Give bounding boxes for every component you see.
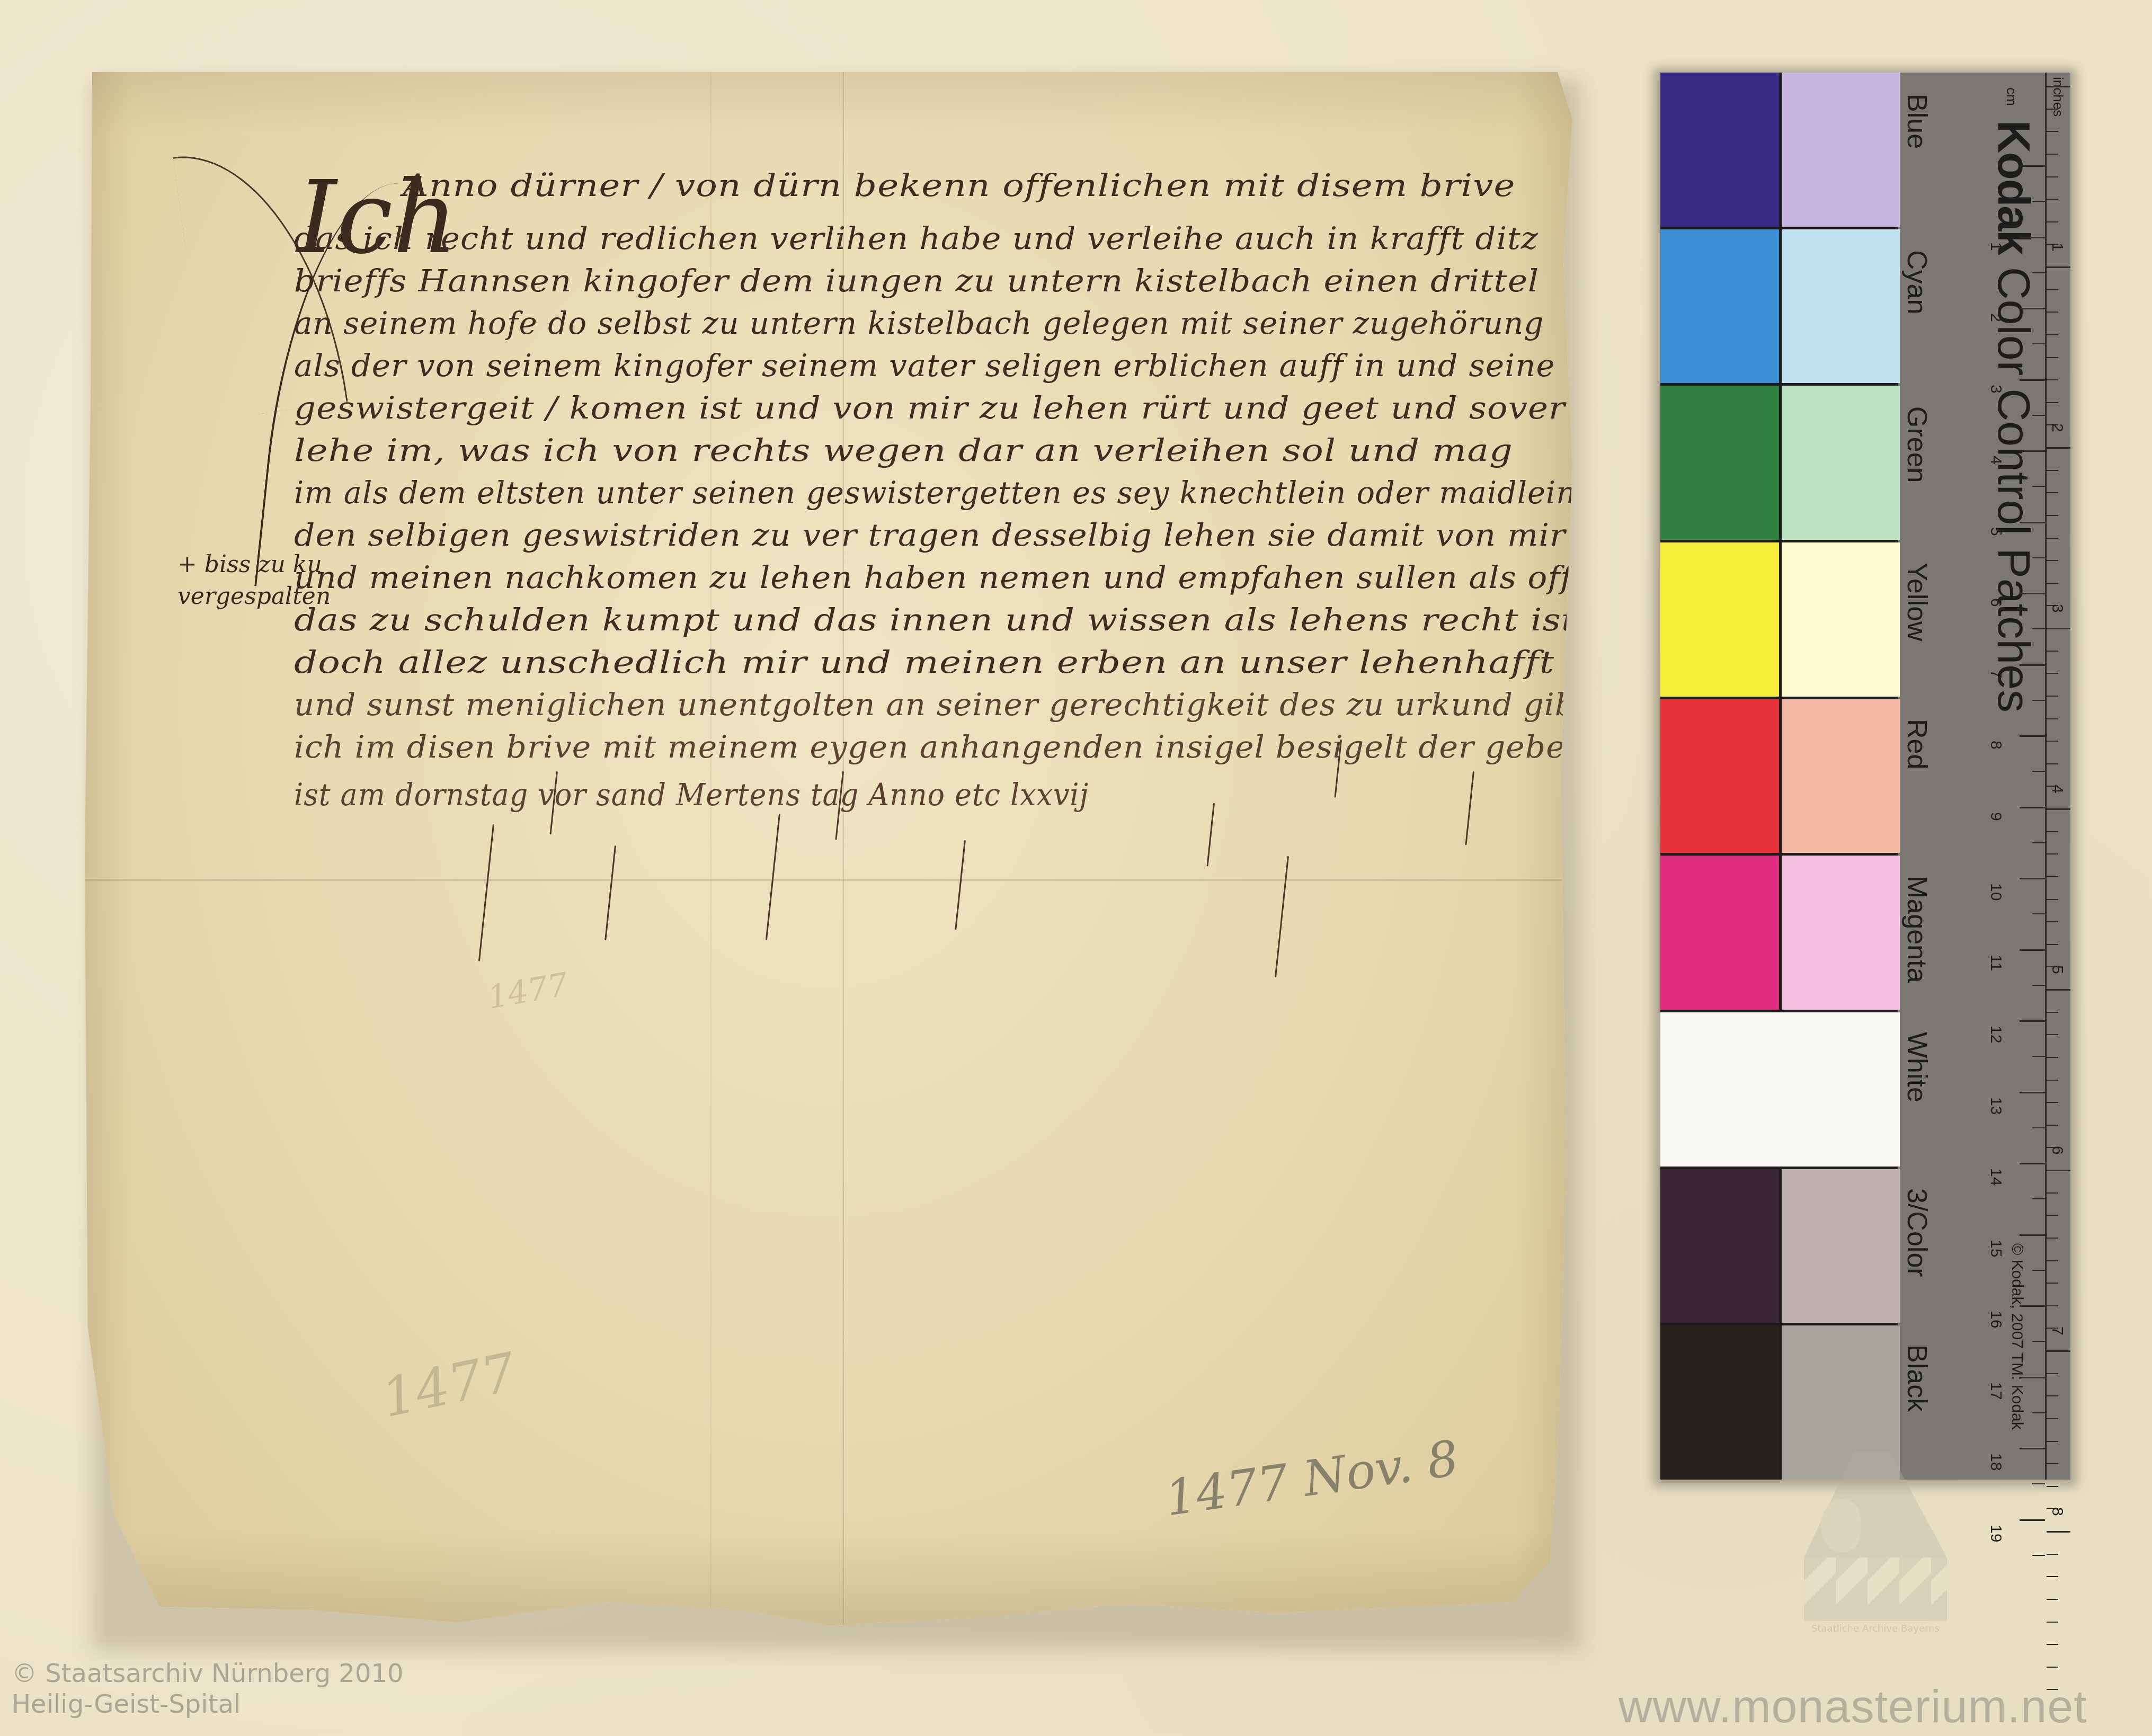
patch-label: Magenta xyxy=(1903,876,1931,983)
patch-black-dark xyxy=(1660,1325,1779,1480)
manuscript-line: geswistergeit / komen ist und von mir zu… xyxy=(294,390,1566,426)
eighth-inch-tick xyxy=(2047,1554,2058,1555)
inch-number: 7 xyxy=(2048,1327,2066,1336)
cm-number: 1 xyxy=(1987,242,2005,251)
eighth-inch-tick xyxy=(2047,944,2058,945)
eighth-inch-tick xyxy=(2047,289,2058,290)
eighth-inch-tick xyxy=(2047,1667,2058,1668)
inch-number: 5 xyxy=(2048,965,2066,974)
patch-green-light xyxy=(1782,386,1900,540)
cm-tick xyxy=(2020,1519,2045,1521)
patch-cyan-light xyxy=(1782,229,1900,384)
manuscript-line: den selbigen geswistriden zu ver tragen … xyxy=(294,517,1566,553)
half-cm-tick xyxy=(2032,1056,2045,1057)
half-cm-tick xyxy=(2032,1483,2045,1484)
half-cm-tick xyxy=(2032,201,2045,202)
manuscript-line: an seinem hofe do selbst zu untern kiste… xyxy=(294,305,1544,341)
ruler: cm inches 123456789101112131415161718191… xyxy=(1998,73,2070,1480)
inch-number: 6 xyxy=(2048,1146,2066,1155)
half-cm-tick xyxy=(2032,272,2045,273)
logo-diamond-pattern xyxy=(1804,1557,1947,1621)
pencil-date-annotation: 1477 Nov. 8 xyxy=(1162,1430,1462,1527)
patch-red-light xyxy=(1782,699,1900,853)
eighth-inch-tick xyxy=(2047,1238,2058,1239)
eighth-inch-tick xyxy=(2047,379,2058,380)
patch-3-color-dark xyxy=(1660,1169,1779,1323)
eighth-inch-tick xyxy=(2047,1057,2058,1058)
pen-stroke xyxy=(478,824,494,962)
eighth-inch-tick xyxy=(2047,763,2058,764)
eighth-inch-tick xyxy=(2047,402,2058,403)
cm-number: 14 xyxy=(1987,1168,2005,1186)
manuscript-line: das zu schulden kumpt und das innen und … xyxy=(294,602,1576,638)
eighth-inch-tick xyxy=(2047,1599,2058,1600)
inch-tick xyxy=(2047,1531,2070,1533)
manuscript-line: im als dem eltsten unter seinen geswiste… xyxy=(294,475,1576,511)
half-cm-tick xyxy=(2032,1270,2045,1271)
half-cm-tick xyxy=(2032,486,2045,487)
cm-tick xyxy=(2020,1020,2045,1022)
manuscript-line: doch allez unschedlich mir und meinen er… xyxy=(294,644,1554,680)
bleed-through-mark: 1477 xyxy=(485,966,571,1016)
eighth-inch-tick xyxy=(2047,1418,2058,1419)
inch-unit-label: inches xyxy=(2050,77,2066,117)
cm-number: 6 xyxy=(1987,598,2005,607)
half-cm-tick xyxy=(2032,985,2045,986)
eighth-inch-tick xyxy=(2047,109,2058,110)
patch-label: Blue xyxy=(1903,94,1931,149)
cm-tick xyxy=(2020,1448,2045,1449)
inch-number: 4 xyxy=(2048,785,2066,794)
pen-stroke xyxy=(955,840,966,930)
cm-tick xyxy=(2020,308,2045,309)
manuscript-line: und meinen nachkomen zu lehen haben neme… xyxy=(294,559,1586,595)
ruler-axis xyxy=(2045,73,2047,1480)
pen-stroke xyxy=(604,845,616,940)
eighth-inch-tick xyxy=(2047,899,2058,900)
eighth-inch-tick xyxy=(2047,1644,2058,1645)
half-cm-tick xyxy=(2032,1198,2045,1199)
cm-tick xyxy=(2020,1305,2045,1307)
manuscript-line: das ich recht und redlichen verlihen hab… xyxy=(294,220,1539,256)
inch-tick xyxy=(2047,1170,2070,1171)
half-cm-tick xyxy=(2032,913,2045,914)
pen-stroke xyxy=(1206,803,1215,867)
eighth-inch-tick xyxy=(2047,176,2058,177)
patch-3-color-light xyxy=(1782,1169,1900,1323)
patch-blue-light xyxy=(1782,73,1900,227)
fonds-line: Heilig-Geist-Spital xyxy=(12,1689,404,1720)
eighth-inch-tick xyxy=(2047,1034,2058,1035)
manuscript-line: Anno dürner / von dürn bekenn offenliche… xyxy=(403,167,1515,203)
cm-number: 8 xyxy=(1987,741,2005,750)
eighth-inch-tick xyxy=(2047,718,2058,719)
patch-blue-dark xyxy=(1660,73,1779,227)
eighth-inch-tick xyxy=(2047,876,2058,877)
eighth-inch-tick xyxy=(2047,1080,2058,1081)
cm-tick xyxy=(2020,593,2045,594)
eighth-inch-tick xyxy=(2047,741,2058,742)
half-cm-tick xyxy=(2032,842,2045,843)
manuscript-line: ich im disen brive mit meinem eygen anha… xyxy=(294,729,1586,765)
eighth-inch-tick xyxy=(2047,1305,2058,1306)
site-watermark[interactable]: www.monasterium.net xyxy=(1619,1679,2087,1733)
eighth-inch-tick xyxy=(2047,1622,2058,1623)
eighth-inch-tick xyxy=(2047,334,2058,335)
eighth-inch-tick xyxy=(2047,651,2058,652)
half-cm-tick xyxy=(2032,557,2045,558)
margin-annotation: + biss zu ku vergespalten xyxy=(177,549,331,612)
eighth-inch-tick xyxy=(2047,1215,2058,1216)
eighth-inch-tick xyxy=(2047,538,2058,539)
patch-yellow-dark xyxy=(1660,542,1779,697)
eighth-inch-tick xyxy=(2047,1012,2058,1013)
cm-unit-label: cm xyxy=(2003,87,2020,106)
cm-tick xyxy=(2020,878,2045,879)
eighth-inch-tick xyxy=(2047,560,2058,561)
eighth-inch-tick xyxy=(2047,492,2058,493)
half-cm-tick xyxy=(2032,1412,2045,1413)
logo-caption: Staatliche Archive Bayerns xyxy=(1809,1624,1942,1634)
half-cm-tick xyxy=(2032,628,2045,629)
eighth-inch-tick xyxy=(2047,221,2058,222)
color-patches-grid xyxy=(1660,73,1898,1480)
cm-tick xyxy=(2020,949,2045,951)
patch-green-dark xyxy=(1660,386,1779,540)
cm-tick xyxy=(2020,450,2045,452)
cm-tick xyxy=(2020,379,2045,381)
inch-number: 1 xyxy=(2048,243,2066,252)
patch-white xyxy=(1660,1012,1900,1167)
inch-tick xyxy=(2047,447,2070,449)
eighth-inch-tick xyxy=(2047,311,2058,313)
cm-tick xyxy=(2020,1163,2045,1164)
patch-label: White xyxy=(1903,1032,1931,1102)
inch-tick xyxy=(2047,989,2070,991)
eighth-inch-tick xyxy=(2047,1395,2058,1396)
inch-tick xyxy=(2047,266,2070,268)
cm-number: 11 xyxy=(1987,955,2005,971)
half-cm-tick xyxy=(2032,343,2045,344)
cm-number: 9 xyxy=(1987,812,2005,821)
patch-red-dark xyxy=(1660,699,1779,853)
cm-number: 10 xyxy=(1987,883,2005,901)
eighth-inch-tick xyxy=(2047,1441,2058,1442)
cm-number: 17 xyxy=(1987,1382,2005,1400)
cm-number: 5 xyxy=(1987,527,2005,536)
cm-number: 2 xyxy=(1987,313,2005,322)
cm-tick xyxy=(2020,735,2045,737)
cm-number: 12 xyxy=(1987,1026,2005,1043)
half-cm-tick xyxy=(2032,771,2045,772)
half-cm-tick xyxy=(2032,1341,2045,1342)
patch-label: Yellow xyxy=(1903,563,1931,641)
cm-number: 18 xyxy=(1987,1453,2005,1471)
bleed-through-mark: 1477 xyxy=(377,1341,521,1429)
kodak-color-chart: BlueCyanGreenYellowRedMagentaWhite3/Colo… xyxy=(1660,73,2070,1480)
eighth-inch-tick xyxy=(2047,1283,2058,1284)
inch-number: 3 xyxy=(2048,604,2066,613)
eighth-inch-tick xyxy=(2047,673,2058,674)
half-cm-tick xyxy=(2032,700,2045,701)
eighth-inch-tick xyxy=(2047,696,2058,697)
inch-tick xyxy=(2047,1350,2070,1352)
cm-number: 7 xyxy=(1987,670,2005,679)
patch-magenta-dark xyxy=(1660,856,1779,1010)
eighth-inch-tick xyxy=(2047,154,2058,155)
half-cm-tick xyxy=(2032,415,2045,416)
cm-number: 3 xyxy=(1987,385,2005,394)
margin-note-line: + biss zu ku xyxy=(177,549,331,581)
cm-tick xyxy=(2020,1092,2045,1093)
half-cm-tick xyxy=(2032,1555,2045,1556)
eighth-inch-tick xyxy=(2047,853,2058,854)
inch-number: 8 xyxy=(2048,1507,2066,1516)
patch-yellow-light xyxy=(1782,542,1900,697)
label-strip: BlueCyanGreenYellowRedMagentaWhite3/Colo… xyxy=(1900,73,2070,1480)
pen-stroke xyxy=(1465,771,1474,845)
eighth-inch-tick xyxy=(2047,470,2058,471)
manuscript-line: und sunst meniglichen unentgolten an sei… xyxy=(294,687,1576,723)
inch-tick xyxy=(2047,86,2070,87)
eighth-inch-tick xyxy=(2047,199,2058,200)
cm-tick xyxy=(2020,807,2045,808)
patch-cyan-dark xyxy=(1660,229,1779,384)
copyright-line: © Staatsarchiv Nürnberg 2010 xyxy=(12,1658,404,1689)
eighth-inch-tick xyxy=(2047,1125,2058,1126)
patch-label: Black xyxy=(1903,1345,1931,1412)
cm-tick xyxy=(2020,1377,2045,1378)
patch-label: 3/Color xyxy=(1903,1188,1931,1277)
manuscript-line: brieffs Hannsen kingofer dem iungen zu u… xyxy=(294,263,1539,299)
manuscript-line: ist am dornstag vor sand Mertens tag Ann… xyxy=(294,777,1089,813)
archive-logo-watermark: Staatliche Archive Bayerns xyxy=(1804,1452,1947,1642)
eighth-inch-tick xyxy=(2047,1373,2058,1374)
inch-tick xyxy=(2047,808,2070,810)
eighth-inch-tick xyxy=(2047,357,2058,358)
inch-number: 2 xyxy=(2048,423,2066,432)
eighth-inch-tick xyxy=(2047,131,2058,132)
cm-tick xyxy=(2020,522,2045,523)
inch-tick xyxy=(2047,628,2070,629)
cm-number: 4 xyxy=(1987,456,2005,465)
cm-number: 19 xyxy=(1987,1525,2005,1542)
eighth-inch-tick xyxy=(2047,1260,2058,1261)
patch-label: Red xyxy=(1903,719,1931,769)
manuscript-line: lehe im, was ich von rechts wegen dar an… xyxy=(294,432,1513,468)
cm-tick xyxy=(2020,165,2045,167)
eighth-inch-tick xyxy=(2047,921,2058,922)
pen-stroke xyxy=(766,814,780,940)
eighth-inch-tick xyxy=(2047,515,2058,516)
eighth-inch-tick xyxy=(2047,583,2058,584)
horizontal-fold xyxy=(85,878,1572,882)
cm-number: 15 xyxy=(1987,1240,2005,1257)
patch-label: Cyan xyxy=(1903,250,1931,314)
eighth-inch-tick xyxy=(2047,1486,2058,1487)
patch-label: Green xyxy=(1903,406,1931,483)
cm-number: 16 xyxy=(1987,1311,2005,1328)
eighth-inch-tick xyxy=(2047,1192,2058,1194)
eighth-inch-tick xyxy=(2047,1102,2058,1103)
eighth-inch-tick xyxy=(2047,1576,2058,1577)
logo-shape xyxy=(1821,1499,1861,1552)
pen-stroke xyxy=(1275,856,1289,977)
eighth-inch-tick xyxy=(2047,1463,2058,1464)
manuscript-line: als der von seinem kingofer seinem vater… xyxy=(294,348,1555,384)
patch-magenta-light xyxy=(1782,856,1900,1010)
margin-note-line: vergespalten xyxy=(177,581,331,612)
half-cm-tick xyxy=(2032,1127,2045,1128)
cm-tick xyxy=(2020,237,2045,238)
eighth-inch-tick xyxy=(2047,831,2058,832)
cm-tick xyxy=(2020,1234,2045,1236)
charter-document: Ich Anno dürner / von dürn bekenn offenl… xyxy=(85,72,1572,1641)
cm-number: 13 xyxy=(1987,1097,2005,1115)
cm-tick xyxy=(2020,664,2045,666)
copyright-watermark: © Staatsarchiv Nürnberg 2010 Heilig-Geis… xyxy=(12,1658,404,1720)
